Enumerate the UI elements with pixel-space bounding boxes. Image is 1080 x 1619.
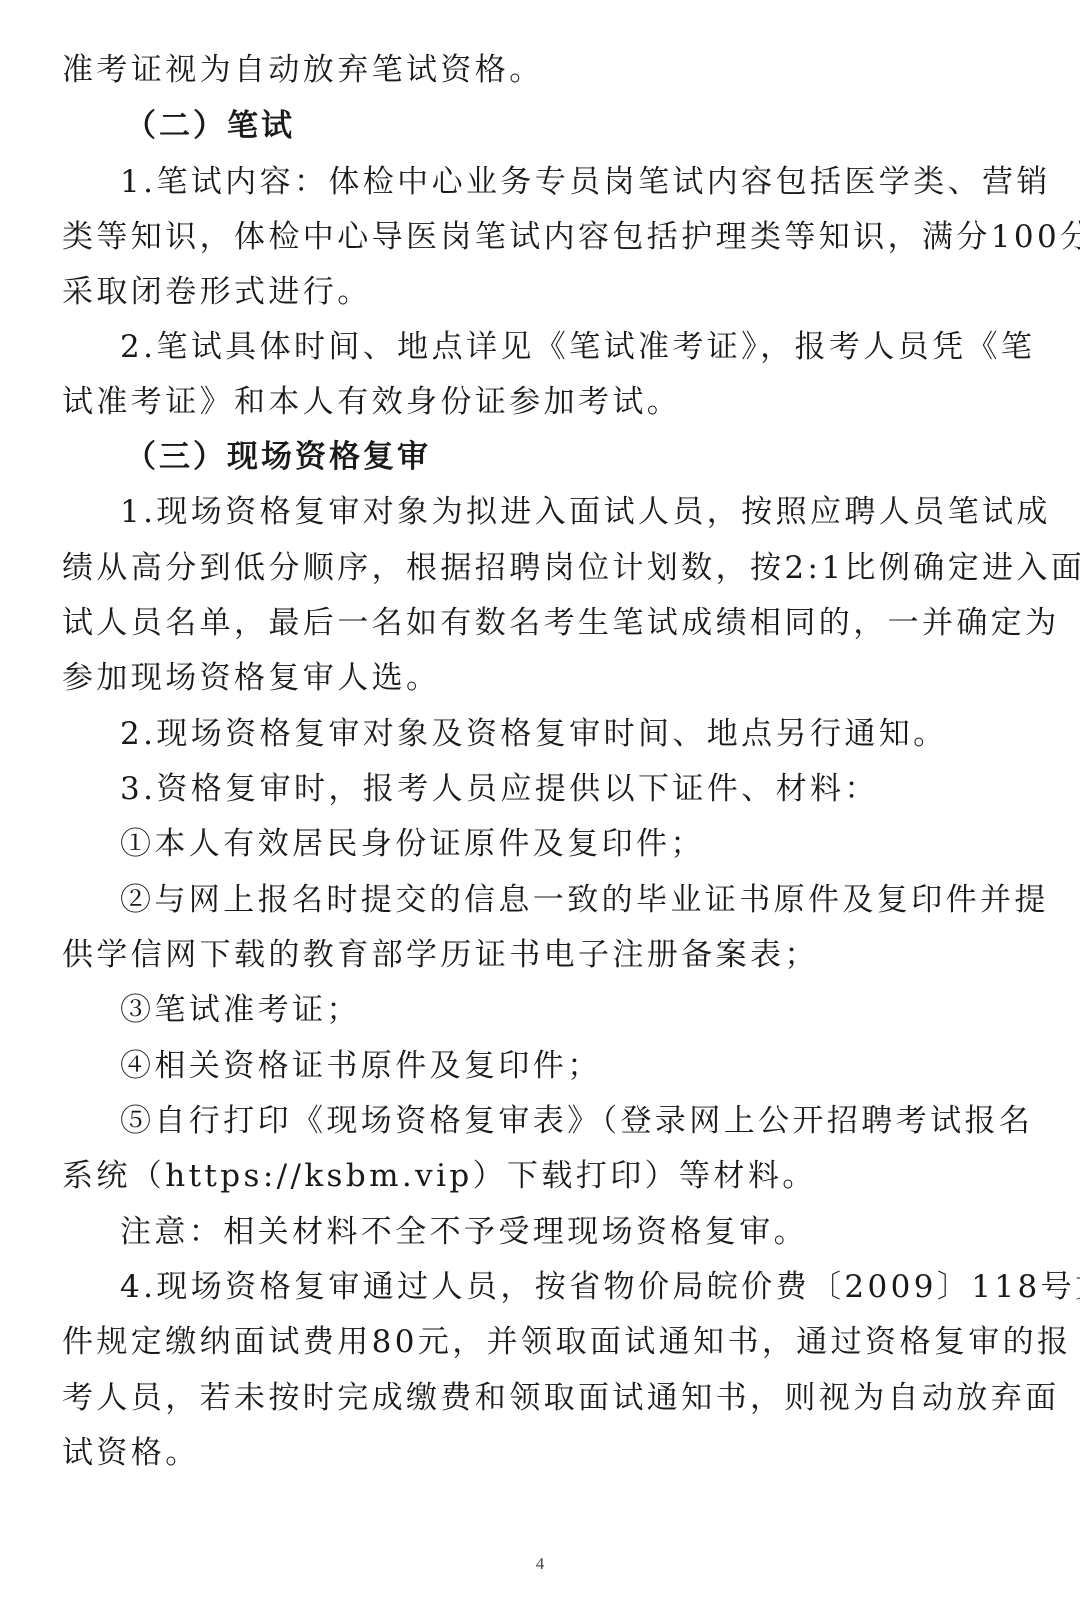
paragraph-line: 准考证视为自动放弃笔试资格。 — [62, 50, 1022, 90]
paragraph-line: 绩从高分到低分顺序，根据招聘岗位计划数，按2:1比例确定进入面 — [62, 548, 1022, 588]
paragraph-line: 3.资格复审时，报考人员应提供以下证件、材料： — [120, 769, 1080, 809]
paragraph-line: 4.现场资格复审通过人员，按省物价局皖价费〔2009〕118号文 — [120, 1267, 1080, 1307]
paragraph-line: 采取闭卷形式进行。 — [62, 272, 1022, 312]
paragraph-line: 试人员名单，最后一名如有数名考生笔试成绩相同的，一并确定为 — [62, 603, 1022, 643]
paragraph-line: 考人员，若未按时完成缴费和领取面试通知书，则视为自动放弃面 — [62, 1378, 1022, 1418]
paragraph-line: 参加现场资格复审人选。 — [62, 658, 1022, 698]
paragraph-line: 2.笔试具体时间、地点详见《笔试准考证》，报考人员凭《笔 — [120, 327, 1080, 367]
list-item: ⑤自行打印《现场资格复审表》（登录网上公开招聘考试报名 — [120, 1101, 1080, 1141]
paragraph-line: 2.现场资格复审对象及资格复审时间、地点另行通知。 — [120, 714, 1080, 754]
note-line: 注意：相关材料不全不予受理现场资格复审。 — [120, 1212, 1080, 1252]
list-item-continuation: 供学信网下载的教育部学历证书电子注册备案表； — [62, 935, 1022, 975]
paragraph-line: 1.现场资格复审对象为拟进入面试人员，按照应聘人员笔试成 — [120, 492, 1080, 532]
paragraph-line: 件规定缴纳面试费用80元，并领取面试通知书，通过资格复审的报 — [62, 1322, 1022, 1362]
list-item: ④相关资格证书原件及复印件； — [120, 1046, 1080, 1086]
page-number: 4 — [0, 1554, 1080, 1574]
list-item-continuation: 系统（https://ksbm.vip）下载打印）等材料。 — [62, 1156, 1022, 1196]
list-item: ②与网上报名时提交的信息一致的毕业证书原件及复印件并提 — [120, 880, 1080, 920]
section-heading-written-exam: （二）笔试 — [125, 106, 1080, 146]
section-heading-qualification-review: （三）现场资格复审 — [125, 437, 1080, 477]
paragraph-line: 试资格。 — [62, 1433, 1022, 1473]
list-item: ①本人有效居民身份证原件及复印件； — [120, 824, 1080, 864]
paragraph-line: 试准考证》和本人有效身份证参加考试。 — [62, 382, 1022, 422]
document-page: 准考证视为自动放弃笔试资格。 （二）笔试 1.笔试内容：体检中心业务专员岗笔试内… — [0, 0, 1080, 1619]
paragraph-line: 1.笔试内容：体检中心业务专员岗笔试内容包括医学类、营销 — [120, 162, 1080, 202]
paragraph-line: 类等知识，体检中心导医岗笔试内容包括护理类等知识，满分100分， — [62, 217, 1022, 257]
list-item: ③笔试准考证； — [120, 990, 1080, 1030]
